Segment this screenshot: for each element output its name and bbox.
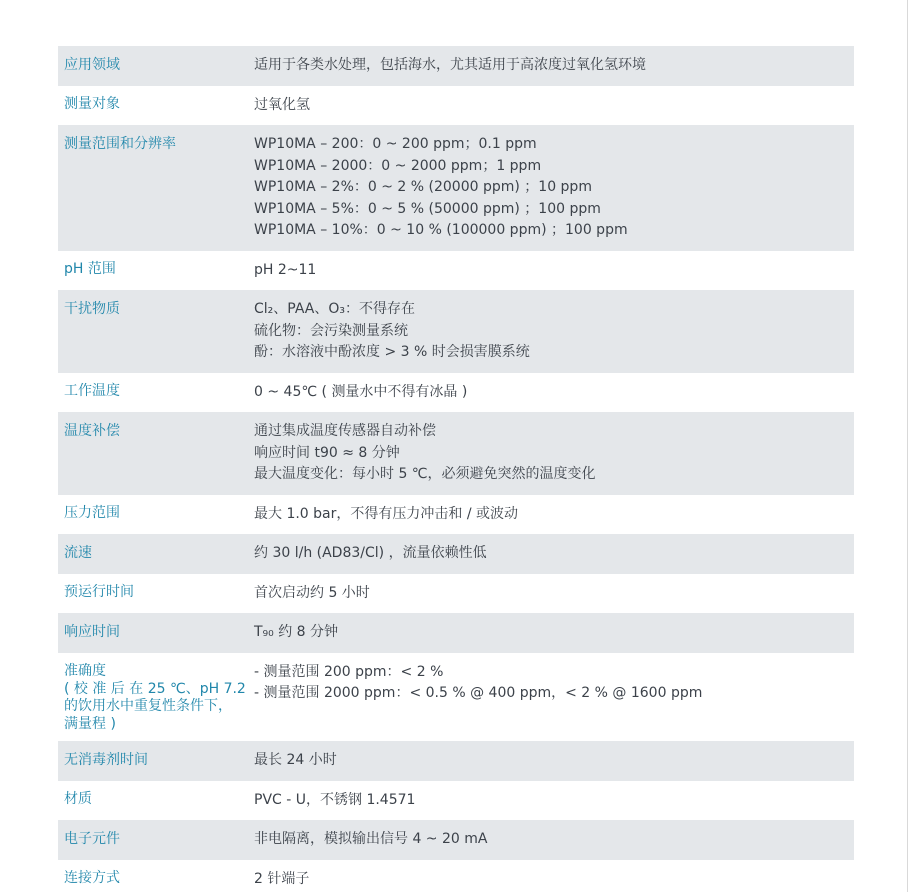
spec-table-row: 温度补偿 通过集成温度传感器自动补偿 响应时间 t90 ≈ 8 分钟 最大温度变…: [58, 412, 854, 495]
spec-value: 适用于各类水处理，包括海水，尤其适用于高浓度过氧化氢环境: [254, 46, 854, 86]
spec-table-row: 电子元件 非电隔离，模拟输出信号 4 ~ 20 mA: [58, 820, 854, 860]
spec-value: T₉₀ 约 8 分钟: [254, 613, 854, 653]
spec-value: 通过集成温度传感器自动补偿 响应时间 t90 ≈ 8 分钟 最大温度变化：每小时…: [254, 412, 854, 495]
spec-value: 最大 1.0 bar，不得有压力冲击和 / 或波动: [254, 495, 854, 535]
spec-table-row: 无消毒剂时间 最长 24 小时: [58, 741, 854, 781]
spec-label: 工作温度: [58, 373, 254, 413]
spec-label: 应用领域: [58, 46, 254, 86]
spec-label: 压力范围: [58, 495, 254, 535]
spec-table-row: 准确度 ( 校 准 后 在 25 ℃、pH 7.2 的饮用水中重复性条件下， 满…: [58, 653, 854, 742]
spec-label: 温度补偿: [58, 412, 254, 495]
spec-value: Cl₂、PAA、O₃：不得存在 硫化物：会污染测量系统 酚：水溶液中酚浓度 > …: [254, 290, 854, 373]
spec-value: - 测量范围 200 ppm：< 2 % - 测量范围 2000 ppm：< 0…: [254, 653, 854, 742]
page-right-border: [907, 0, 908, 892]
spec-table-row: 响应时间 T₉₀ 约 8 分钟: [58, 613, 854, 653]
spec-value: PVC - U，不锈钢 1.4571: [254, 781, 854, 821]
spec-label: 准确度 ( 校 准 后 在 25 ℃、pH 7.2 的饮用水中重复性条件下， 满…: [58, 653, 254, 742]
spec-value: 最长 24 小时: [254, 741, 854, 781]
spec-label: pH 范围: [58, 251, 254, 291]
spec-value: 首次启动约 5 小时: [254, 574, 854, 614]
spec-label: 预运行时间: [58, 574, 254, 614]
spec-value: 约 30 l/h (AD83/Cl) ，流量依赖性低: [254, 534, 854, 574]
spec-value: 过氧化氢: [254, 86, 854, 126]
spec-value: WP10MA – 200：0 ~ 200 ppm；0.1 ppm WP10MA …: [254, 125, 854, 251]
spec-table-row: 压力范围 最大 1.0 bar，不得有压力冲击和 / 或波动: [58, 495, 854, 535]
spec-value: 0 ~ 45℃ ( 测量水中不得有冰晶 ): [254, 373, 854, 413]
spec-label: 电子元件: [58, 820, 254, 860]
spec-table-row: 干扰物质 Cl₂、PAA、O₃：不得存在 硫化物：会污染测量系统 酚：水溶液中酚…: [58, 290, 854, 373]
spec-label: 无消毒剂时间: [58, 741, 254, 781]
spec-label: 响应时间: [58, 613, 254, 653]
spec-table-row: 材质 PVC - U，不锈钢 1.4571: [58, 781, 854, 821]
spec-table-row: 流速 约 30 l/h (AD83/Cl) ，流量依赖性低: [58, 534, 854, 574]
spec-value: 非电隔离，模拟输出信号 4 ~ 20 mA: [254, 820, 854, 860]
spec-table-row: 预运行时间 首次启动约 5 小时: [58, 574, 854, 614]
spec-label: 连接方式: [58, 860, 254, 892]
spec-table-row: 测量对象 过氧化氢: [58, 86, 854, 126]
spec-label: 材质: [58, 781, 254, 821]
spec-value: 2 针端子: [254, 860, 854, 892]
spec-label: 测量范围和分辨率: [58, 125, 254, 251]
spec-label: 干扰物质: [58, 290, 254, 373]
spec-table-row: pH 范围 pH 2~11: [58, 251, 854, 291]
spec-table-row: 测量范围和分辨率 WP10MA – 200：0 ~ 200 ppm；0.1 pp…: [58, 125, 854, 251]
spec-table-row: 应用领域 适用于各类水处理，包括海水，尤其适用于高浓度过氧化氢环境: [58, 46, 854, 86]
spec-table: 应用领域 适用于各类水处理，包括海水，尤其适用于高浓度过氧化氢环境 测量对象 过…: [58, 46, 854, 892]
spec-table-row: 工作温度 0 ~ 45℃ ( 测量水中不得有冰晶 ): [58, 373, 854, 413]
spec-value: pH 2~11: [254, 251, 854, 291]
spec-label: 流速: [58, 534, 254, 574]
spec-table-row: 连接方式 2 针端子: [58, 860, 854, 892]
spec-label: 测量对象: [58, 86, 254, 126]
